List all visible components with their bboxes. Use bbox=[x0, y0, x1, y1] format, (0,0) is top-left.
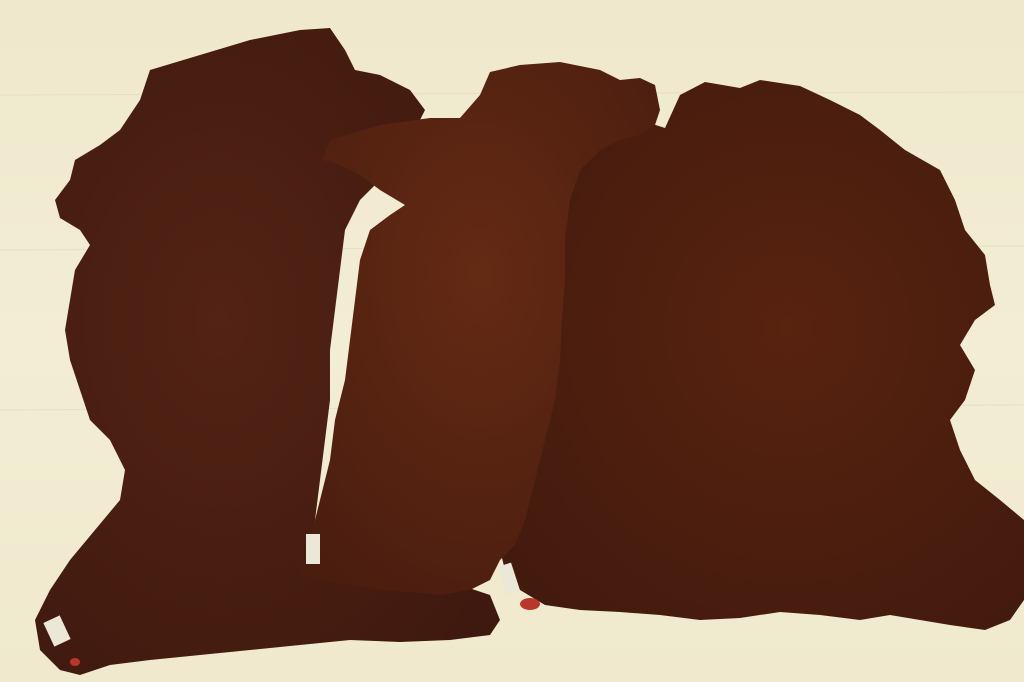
hides-illustration bbox=[0, 0, 1024, 682]
photo-scene bbox=[0, 0, 1024, 682]
tag-middle bbox=[306, 534, 320, 564]
